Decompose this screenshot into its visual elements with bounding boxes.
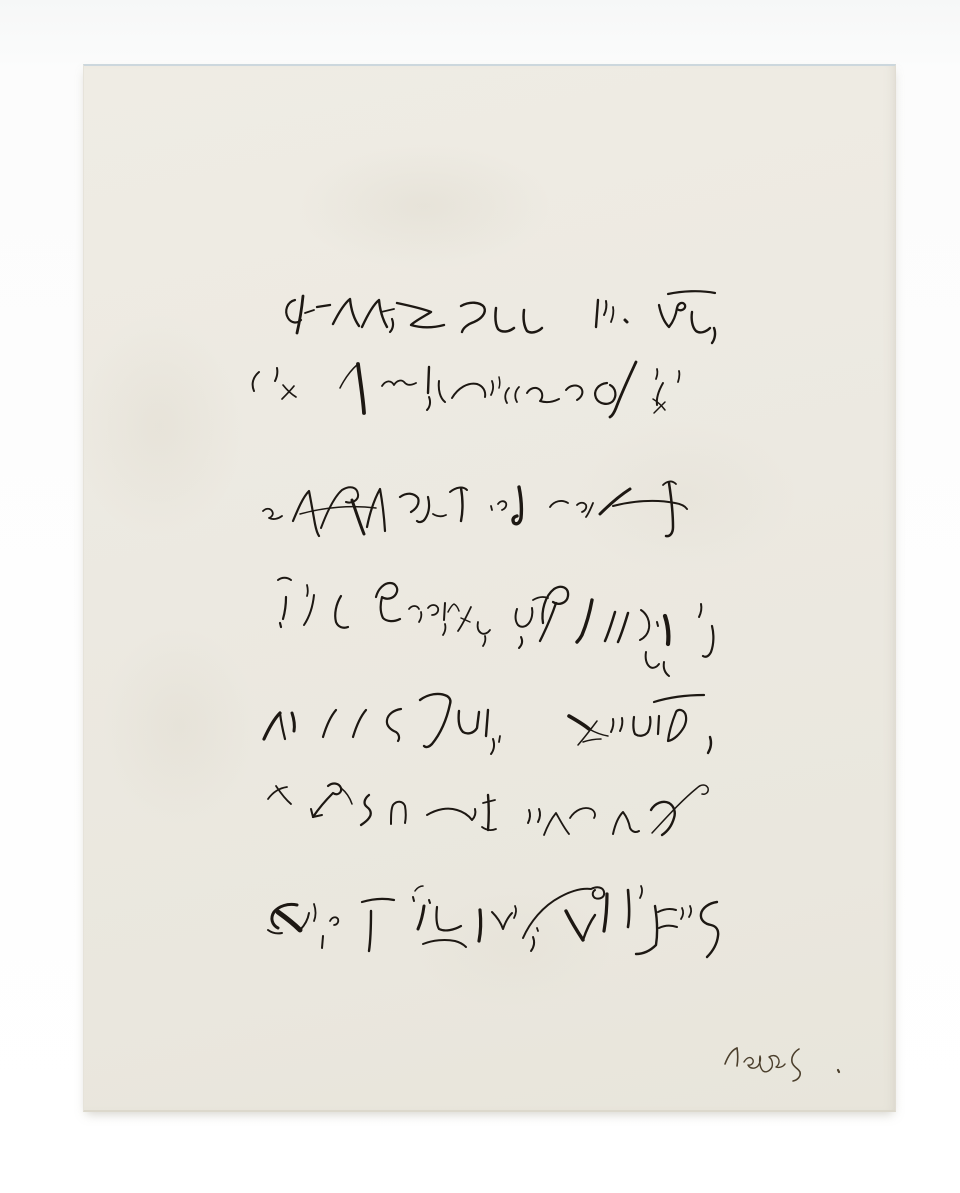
- artwork-photograph: [0, 0, 960, 1193]
- paper-sheet: [83, 64, 896, 1112]
